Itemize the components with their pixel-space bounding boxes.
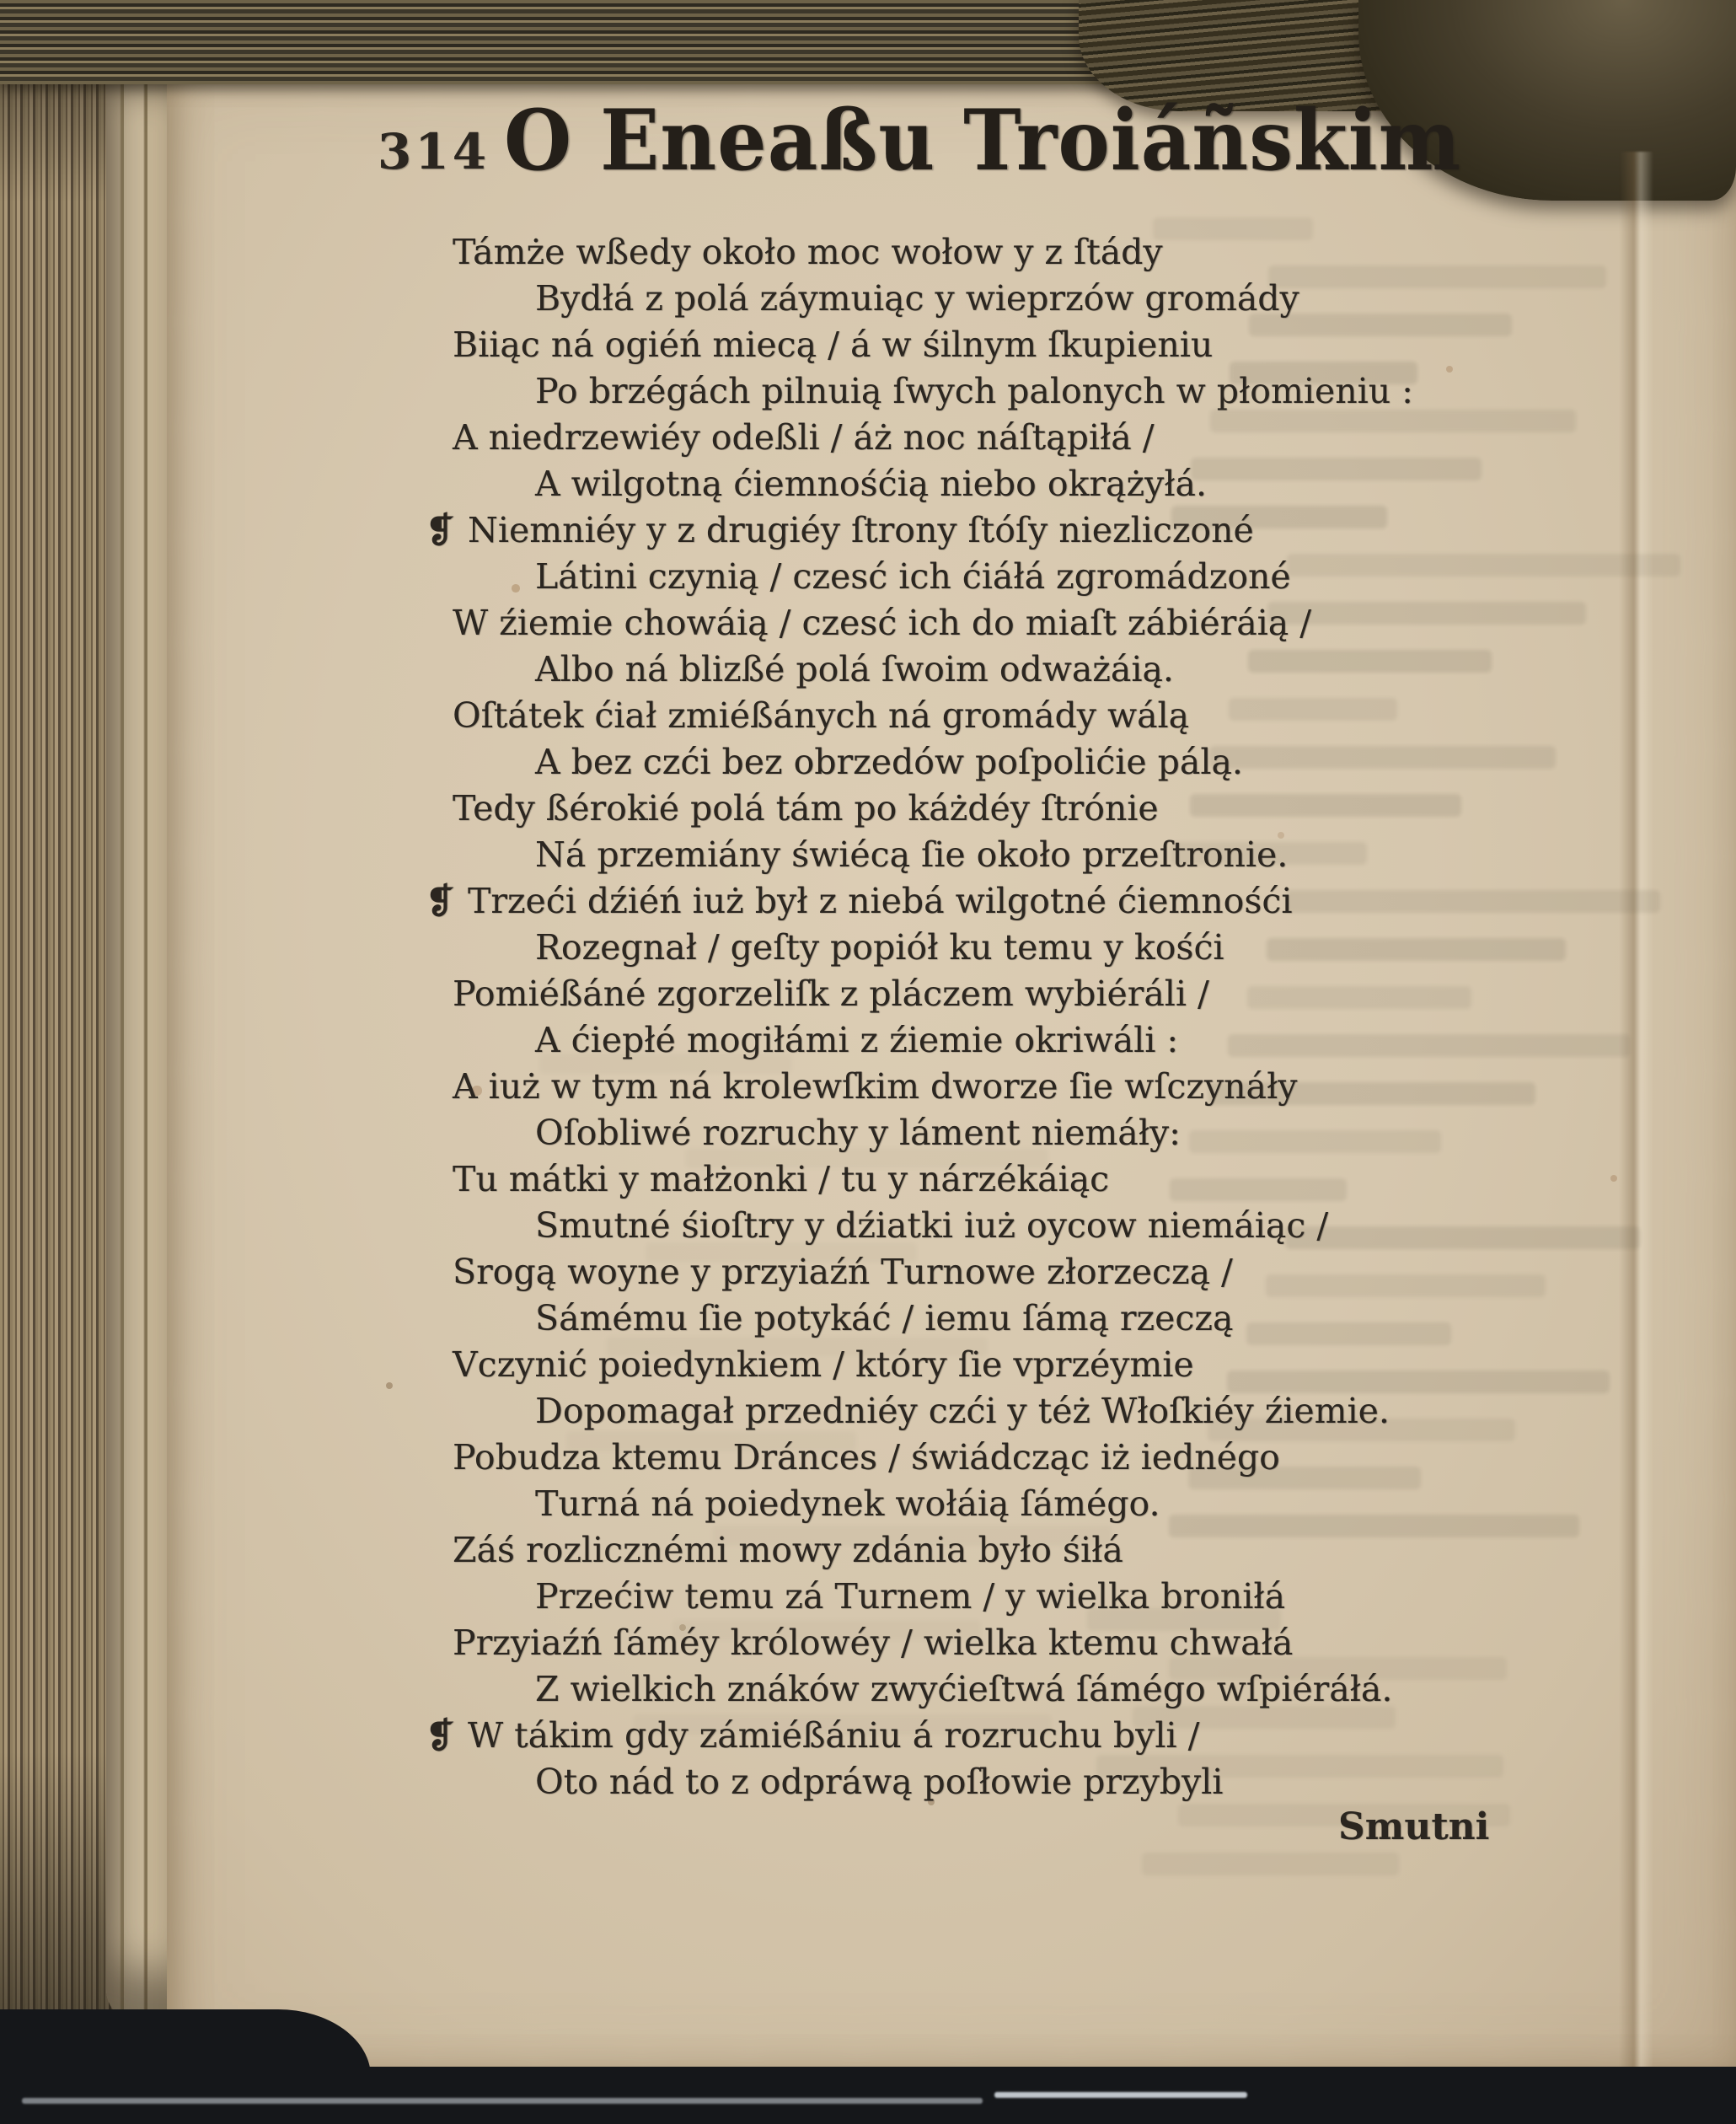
verse-text: Pomiéßáné zgorzeliſk z pláczem wybiéráli… (453, 973, 1209, 1014)
verse-line: Albo ná blizßé polá ſwoim odważáią. (426, 646, 1622, 693)
verse-text: Támże wßedy około moc wołow y z ſtády (453, 232, 1163, 272)
verse-line: Przyiaźń ſáméy królowéy / wielka ktemu c… (426, 1620, 1622, 1666)
verse-line: Tu mátki y małżonki / tu y nárzékáiąc (426, 1156, 1622, 1203)
verse-text: W tákim gdy zámiéßániu á rozruchu byli / (468, 1715, 1199, 1756)
verse-line: Záś rozlicznémi mowy zdánia było śiłá (426, 1527, 1622, 1574)
verse-text: Oſobliwé rozruchy y láment niemáły: (535, 1113, 1181, 1153)
paragraph-mark: ❡ (426, 878, 468, 925)
verse-line: Rozegnał / geſty popiół ku temu y kośći (426, 925, 1622, 971)
verse-line: A ćiepłé mogiłámi z źiemie okriwáli : (426, 1017, 1622, 1064)
verse-text: A bez czći bez obrzedów poſpolićie pálą. (535, 742, 1243, 782)
verse-text: A iuż w tym ná krolewſkim dworze ſie wſc… (453, 1066, 1297, 1107)
verse-text: A niedrzewiéy odeßli / áż noc náſtąpiłá … (453, 417, 1155, 458)
verse-line: Z wielkich znáków zwyćieſtwá ſámégo wſpi… (426, 1666, 1622, 1713)
verse-line: Srogą woyne y przyiaźń Turnowe złorzeczą… (426, 1249, 1622, 1295)
verse-text: Oſtátek ćiał zmiéßánych ná gromády wálą (453, 695, 1189, 736)
page-crease (1620, 152, 1653, 2073)
verse-line: Turná ná poiedynek wołáią ſámégo. (426, 1481, 1622, 1527)
verse-line: Biiąc ná ogiéń miecą / á w śilnym ſkupie… (426, 322, 1622, 368)
verse-text-block: Támże wßedy około moc wołow y z ſtádyByd… (426, 229, 1622, 1805)
verse-text: Przećiw temu zá Turnem / y wielka bronił… (535, 1576, 1285, 1617)
verse-line: W źiemie chowáią / czesć ich do miaſt zá… (426, 600, 1622, 646)
verse-line: ❡W tákim gdy zámiéßániu á rozruchu byli … (426, 1713, 1622, 1759)
verse-text: Sámému ſie potykáć / iemu ſámą rzeczą (535, 1298, 1233, 1338)
verse-line: Sámému ſie potykáć / iemu ſámą rzeczą (426, 1295, 1622, 1342)
folio-number: 314 (378, 123, 490, 180)
verse-text: Záś rozlicznémi mowy zdánia było śiłá (453, 1530, 1123, 1570)
catchword: Smutni (1338, 1805, 1489, 1848)
verse-text: Niemniéy y z drugiéy ſtrony ſtóſy niezli… (468, 510, 1254, 550)
verse-text: Trzeći dźiéń iuż był z niebá wilgotné ći… (468, 881, 1292, 921)
verse-line: Tedy ßérokié polá tám po káżdéy ſtrónie (426, 786, 1622, 832)
verse-text: Biiąc ná ogiéń miecą / á w śilnym ſkupie… (453, 324, 1213, 365)
verse-text: Tedy ßérokié polá tám po káżdéy ſtrónie (453, 788, 1159, 829)
paragraph-mark: ❡ (426, 507, 468, 554)
verse-text: Vczynić poiedynkiem / który ſie vprzéymi… (453, 1344, 1194, 1385)
verse-text: Pobudza ktemu Dránces / świádcząc iż ied… (453, 1437, 1280, 1478)
verse-text: Przyiaźń ſáméy królowéy / wielka ktemu c… (453, 1622, 1293, 1663)
verse-text: A ćiepłé mogiłámi z źiemie okriwáli : (535, 1020, 1178, 1060)
verse-line: A niedrzewiéy odeßli / áż noc náſtąpiłá … (426, 415, 1622, 461)
verse-text: A wilgotną ćiemnośćią niebo okrążyłá. (535, 464, 1207, 504)
verse-line: A bez czći bez obrzedów poſpolićie pálą. (426, 739, 1622, 786)
verse-line: Vczynić poiedynkiem / który ſie vprzéymi… (426, 1342, 1622, 1388)
verse-line: Támże wßedy około moc wołow y z ſtády (426, 229, 1622, 276)
verse-line: Bydłá z polá záymuiąc y wieprzów gromády (426, 276, 1622, 322)
scan-light-line (22, 2098, 983, 2104)
verse-text: Smutné śioſtry y dźiatki iuż oycow niemá… (535, 1205, 1328, 1246)
verse-text: Dopomagał przedniéy czći y téż Włoſkiéy … (535, 1391, 1390, 1431)
scan-light-line (994, 2092, 1247, 2098)
verse-line: Smutné śioſtry y dźiatki iuż oycow niemá… (426, 1203, 1622, 1249)
verse-text: Tu mátki y małżonki / tu y nárzékáiąc (453, 1159, 1109, 1199)
verse-text: Látini czynią / czesć ich ćiáłá zgromádz… (535, 556, 1291, 597)
verse-line: Oſtátek ćiał zmiéßánych ná gromády wálą (426, 693, 1622, 739)
paragraph-mark: ❡ (426, 1713, 468, 1759)
verse-line: Oto nád to z odpráwą poſłowie przybyli (426, 1759, 1622, 1805)
verse-line: Przećiw temu zá Turnem / y wielka bronił… (426, 1574, 1622, 1620)
verse-text: Srogą woyne y przyiaźń Turnowe złorzeczą… (453, 1252, 1233, 1292)
verse-text: Turná ná poiedynek wołáią ſámégo. (535, 1483, 1160, 1524)
verse-line: Látini czynią / czesć ich ćiáłá zgromádz… (426, 554, 1622, 600)
verse-text: Po brzégách pilnuią ſwych palonych w pło… (535, 371, 1413, 411)
scanned-book-photograph: 314 O Eneaßu Troiáñskim Támże wßedy okoł… (0, 0, 1736, 2124)
verse-text: Z wielkich znáków zwyćieſtwá ſámégo wſpi… (535, 1669, 1392, 1709)
verse-line: A wilgotną ćiemnośćią niebo okrążyłá. (426, 461, 1622, 507)
verse-line: Pobudza ktemu Dránces / świádcząc iż ied… (426, 1435, 1622, 1481)
verse-text: W źiemie chowáią / czesć ich do miaſt zá… (453, 603, 1311, 643)
verse-line: Ná przemiány świécą ſie około przeſtroni… (426, 832, 1622, 878)
verse-text: Bydłá z polá záymuiąc y wieprzów gromády (535, 278, 1299, 319)
verse-text: Rozegnał / geſty popiół ku temu y kośći (535, 927, 1224, 968)
verse-line: Pomiéßáné zgorzeliſk z pláczem wybiéráli… (426, 971, 1622, 1017)
verse-line: Po brzégách pilnuią ſwych palonych w pło… (426, 368, 1622, 415)
verse-text: Oto nád to z odpráwą poſłowie przybyli (535, 1762, 1223, 1802)
running-header: O Eneaßu Troiáñskim (504, 91, 1431, 190)
ghost-line (1142, 1853, 1399, 1875)
verse-line: Oſobliwé rozruchy y láment niemáły: (426, 1110, 1622, 1156)
verse-line: ❡Trzeći dźiéń iuż był z niebá wilgotné ć… (426, 878, 1622, 925)
scanner-background (0, 2067, 1736, 2124)
verse-text: Ná przemiány świécą ſie około przeſtroni… (535, 834, 1288, 875)
verse-line: A iuż w tym ná krolewſkim dworze ſie wſc… (426, 1064, 1622, 1110)
verse-line: Dopomagał przedniéy czći y téż Włoſkiéy … (426, 1388, 1622, 1435)
verse-text: Albo ná blizßé polá ſwoim odważáią. (535, 649, 1174, 689)
verse-line: ❡Niemniéy y z drugiéy ſtrony ſtóſy niezl… (426, 507, 1622, 554)
